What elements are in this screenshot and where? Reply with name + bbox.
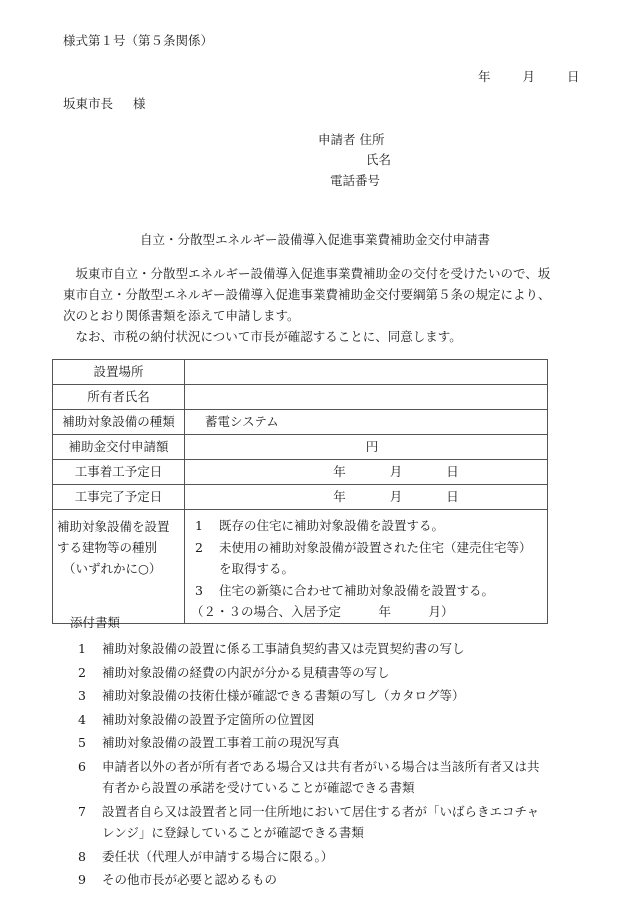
addressee-honorific: 様 [133,96,146,111]
date-year-label: 年 [478,71,491,84]
construction-end-date-field[interactable]: 年月日 [185,485,548,510]
applicant-address-label: 申請者 住所 [318,134,384,147]
addressee: 坂東市長様 [63,98,146,111]
equipment-type-label: 補助対象設備の種類 [53,410,185,435]
building-type-option-1[interactable]: 1既存の住宅に補助対象設備を設置する。 [195,515,547,537]
applicant-name-label: 氏名 [366,154,391,167]
start-month-unit: 月 [390,466,403,479]
end-year-unit: 年 [333,491,346,504]
application-form-table: 設置場所 所有者氏名 補助対象設備の種類 蓄電システム 補助金交付申請額 円 工… [52,359,548,624]
yen-unit: 円 [366,439,379,454]
table-row: 設置場所 [53,360,548,385]
table-row: 補助金交付申請額 円 [53,435,548,460]
construction-start-date-field[interactable]: 年月日 [185,460,548,485]
building-type-option-3[interactable]: 3住宅の新築に合わせて補助対象設備を設置する。 [195,580,547,602]
building-type-option-2[interactable]: 2未使用の補助対象設備が設置された住宅（建売住宅等）を取得する。 [195,537,547,580]
installation-location-label: 設置場所 [53,360,185,385]
owner-name-label: 所有者氏名 [53,385,185,410]
end-month-unit: 月 [390,491,403,504]
list-item: 1補助対象設備の設置に係る工事請負契約書又は売買契約書の写し [78,638,548,660]
document-title: 自立・分散型エネルギー設備導入促進事業費補助金交付申請書 [0,234,630,247]
attachments-list: 1補助対象設備の設置に係る工事請負契約書又は売買契約書の写し 2補助対象設備の経… [78,638,548,893]
table-row: 工事着工予定日 年月日 [53,460,548,485]
subsidy-amount-field[interactable]: 円 [185,435,548,460]
table-row: 所有者氏名 [53,385,548,410]
building-type-options: 1既存の住宅に補助対象設備を設置する。 2未使用の補助対象設備が設置された住宅（… [185,510,548,624]
equipment-type-value: 蓄電システム [185,410,548,435]
end-day-unit: 日 [446,491,459,504]
list-item: 6申請者以外の者が所有者である場合又は共有者がいる場合は当該所有者又は共有者から… [78,756,548,799]
building-type-label: 補助対象設備を設置 する建物等の種別 （いずれかに○） [53,510,185,624]
date-month-label: 月 [523,71,536,84]
start-year-unit: 年 [333,466,346,479]
construction-start-label: 工事着工予定日 [53,460,185,485]
subsidy-amount-label: 補助金交付申請額 [53,435,185,460]
list-item: 3補助対象設備の技術仕様が確認できる書類の写し（カタログ等） [78,685,548,707]
table-row: 補助対象設備を設置 する建物等の種別 （いずれかに○） 1既存の住宅に補助対象設… [53,510,548,624]
application-statement: 坂東市自立・分散型エネルギー設備導入促進事業費補助金の交付を受けたいので、坂東市… [63,263,553,347]
list-item: 4補助対象設備の設置予定箇所の位置図 [78,709,548,731]
statement-paragraph-1: 坂東市自立・分散型エネルギー設備導入促進事業費補助金の交付を受けたいので、坂東市… [63,263,553,326]
list-item: 9その他市長が必要と認めるもの [78,869,548,891]
applicant-phone-label: 電話番号 [330,175,380,188]
date-day-label: 日 [567,71,580,84]
building-type-label-line2: する建物等の種別 [57,537,184,558]
owner-name-field[interactable] [185,385,548,410]
statement-paragraph-2: なお、市税の納付状況について市長が確認することに、同意します。 [63,326,553,347]
table-row: 工事完了予定日 年月日 [53,485,548,510]
list-item: 7設置者自ら又は設置者と同一住所地において居住する者が「いばらきエコチャレンジ」… [78,801,548,844]
table-row: 補助対象設備の種類 蓄電システム [53,410,548,435]
building-type-label-line1: 補助対象設備を設置 [57,516,184,537]
submission-date: 年月日 [478,71,580,84]
form-number: 様式第１号（第５条関係） [63,35,213,48]
construction-end-label: 工事完了予定日 [53,485,185,510]
list-item: 8委任状（代理人が申請する場合に限る。） [78,846,548,868]
addressee-name: 坂東市長 [63,96,113,111]
list-item: 2補助対象設備の経費の内訳が分かる見積書等の写し [78,662,548,684]
move-in-date-note: （２・３の場合、入居予定 年 月） [191,601,547,623]
start-day-unit: 日 [446,466,459,479]
building-type-label-line3: （いずれかに○） [57,558,184,579]
list-item: 5補助対象設備の設置工事着工前の現況写真 [78,732,548,754]
attachments-heading: 添付書類 [70,617,120,630]
installation-location-field[interactable] [185,360,548,385]
